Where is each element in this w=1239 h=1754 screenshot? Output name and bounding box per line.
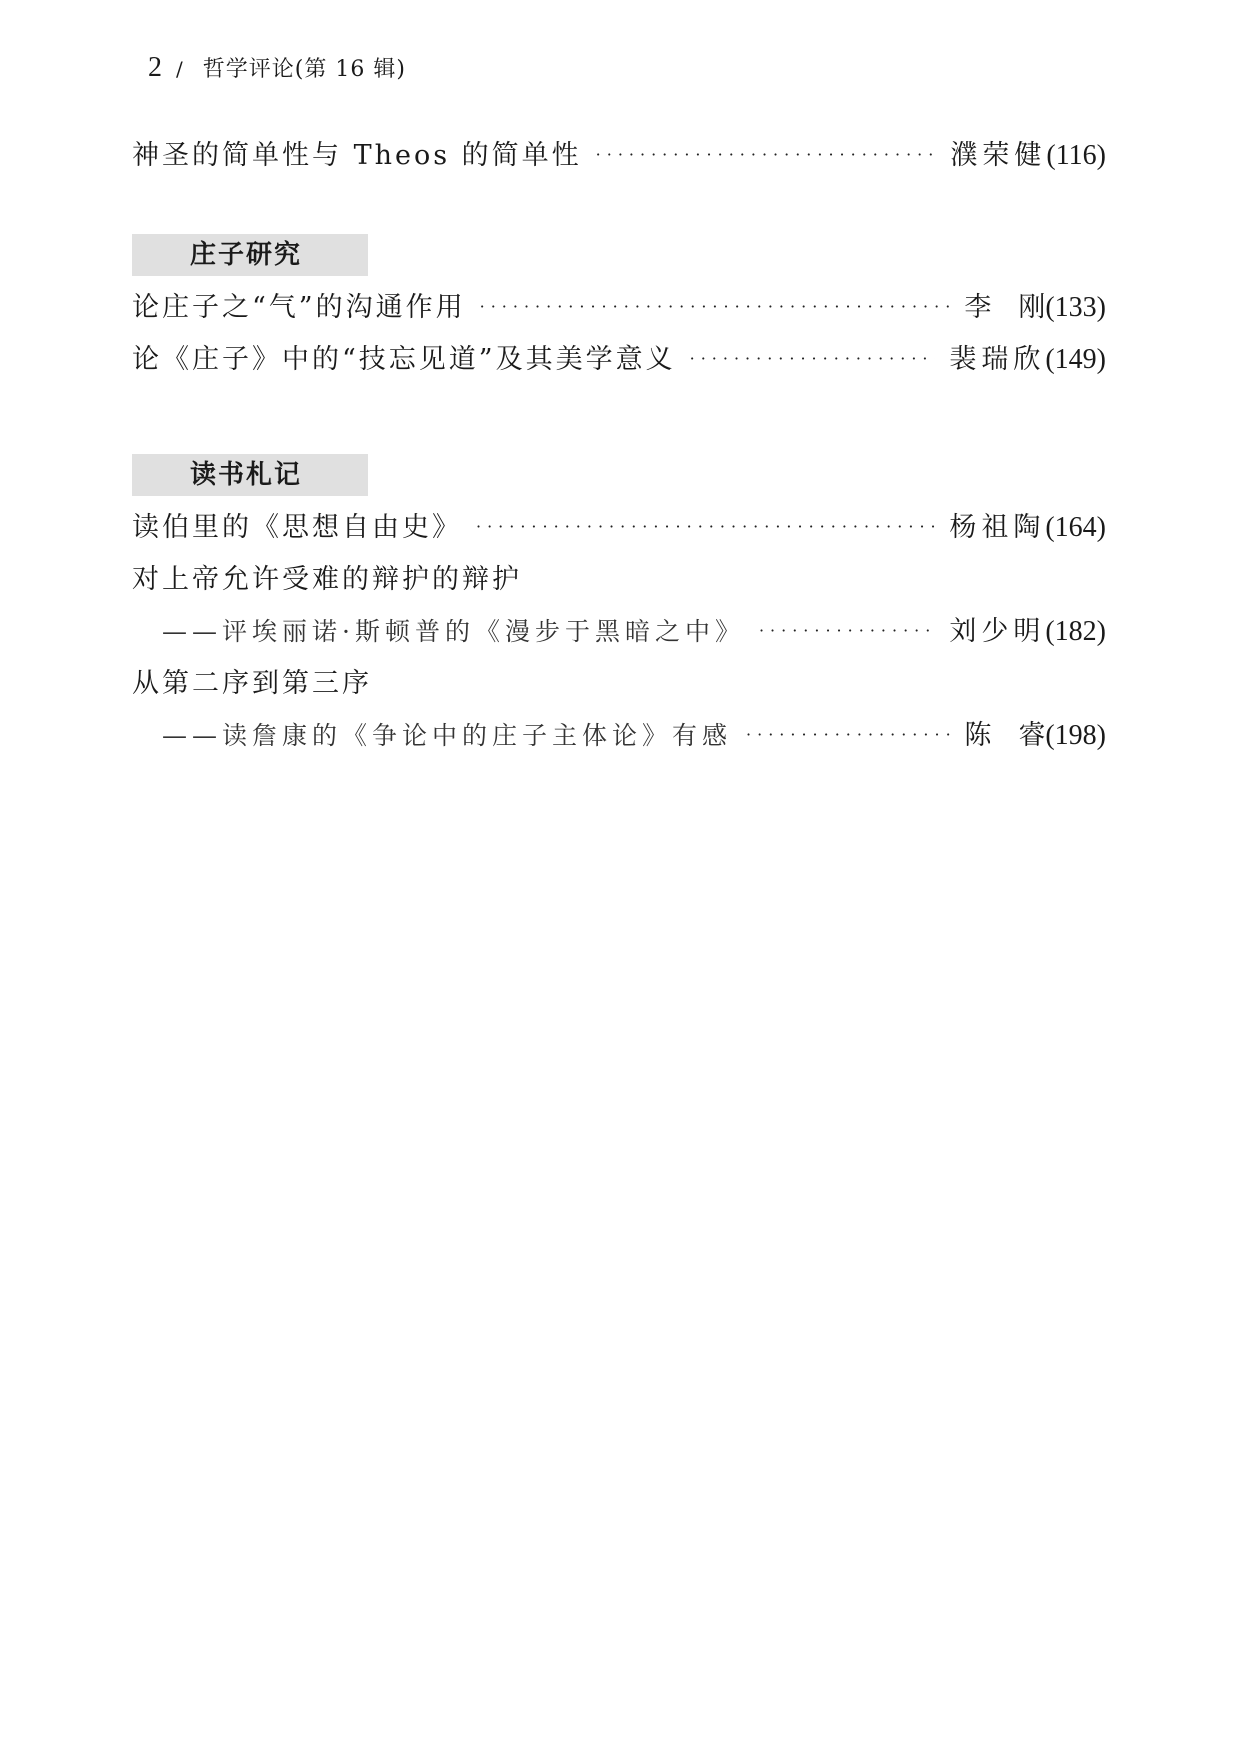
- toc-entry[interactable]: 读伯里的《思想自由史》 ····························…: [132, 502, 1106, 554]
- entry-subtitle: ——读詹康的《争论中的庄子主体论》有感: [132, 710, 732, 762]
- entry-title: 读伯里的《思想自由史》: [132, 502, 462, 554]
- entry-title: 从第二序到第三序: [132, 658, 372, 710]
- toc-entry[interactable]: 论《庄子》中的“技忘见道”及其美学意义 ····················…: [132, 334, 1106, 386]
- dot-leader: ········································…: [690, 333, 936, 385]
- dot-leader: ········································…: [596, 129, 937, 181]
- entry-page: (133): [1045, 282, 1106, 334]
- entry-title: 神圣的简单性与 Theos 的简单性: [132, 130, 582, 182]
- journal-title: 哲学评论(第 16 辑): [203, 52, 406, 83]
- entry-title: 论《庄子》中的“技忘见道”及其美学意义: [132, 334, 676, 386]
- toc-entry-subtitle-line[interactable]: ——评埃丽诺·斯顿普的《漫步于黑暗之中》 ···················…: [132, 606, 1106, 658]
- toc-entry-subtitle-line[interactable]: ——读詹康的《争论中的庄子主体论》有感 ····················…: [132, 710, 1106, 762]
- entry-author: 刘少明: [949, 606, 1045, 658]
- entry-page: (182): [1045, 606, 1106, 658]
- entry-author: 杨祖陶: [949, 502, 1045, 554]
- table-of-contents: 神圣的简单性与 Theos 的简单性 ·····················…: [132, 130, 1106, 762]
- toc-entry-title-line[interactable]: 对上帝允许受难的辩护的辩护: [132, 554, 1106, 606]
- entry-author: 陈 睿: [964, 710, 1045, 762]
- entry-subtitle: ——评埃丽诺·斯顿普的《漫步于黑暗之中》: [132, 606, 745, 658]
- toc-entry[interactable]: 神圣的简单性与 Theos 的简单性 ·····················…: [132, 130, 1106, 182]
- entry-page: (116): [1046, 130, 1106, 182]
- entry-page: (164): [1045, 502, 1106, 554]
- entry-author: 濮荣健: [950, 130, 1046, 182]
- entry-author: 李 刚: [964, 282, 1045, 334]
- dot-leader: ········································…: [746, 709, 950, 761]
- toc-entry[interactable]: 论庄子之“气”的沟通作用 ···························…: [132, 282, 1106, 334]
- entry-author: 裴瑞欣: [949, 334, 1045, 386]
- section-header-zhuangzi: 庄子研究: [132, 234, 368, 276]
- running-head: 2 / 哲学评论(第 16 辑): [148, 52, 406, 84]
- entry-title: 对上帝允许受难的辩护的辩护: [132, 554, 522, 606]
- section-header-reading-notes: 读书札记: [132, 454, 368, 496]
- dot-leader: ········································…: [480, 281, 951, 333]
- entry-title: 论庄子之“气”的沟通作用: [132, 282, 466, 334]
- toc-entry-title-line[interactable]: 从第二序到第三序: [132, 658, 1106, 710]
- page-number: 2: [148, 52, 162, 84]
- running-head-separator: /: [176, 57, 183, 81]
- dot-leader: ········································…: [759, 605, 935, 657]
- dot-leader: ········································…: [476, 501, 935, 553]
- entry-page: (198): [1045, 710, 1106, 762]
- entry-page: (149): [1045, 334, 1106, 386]
